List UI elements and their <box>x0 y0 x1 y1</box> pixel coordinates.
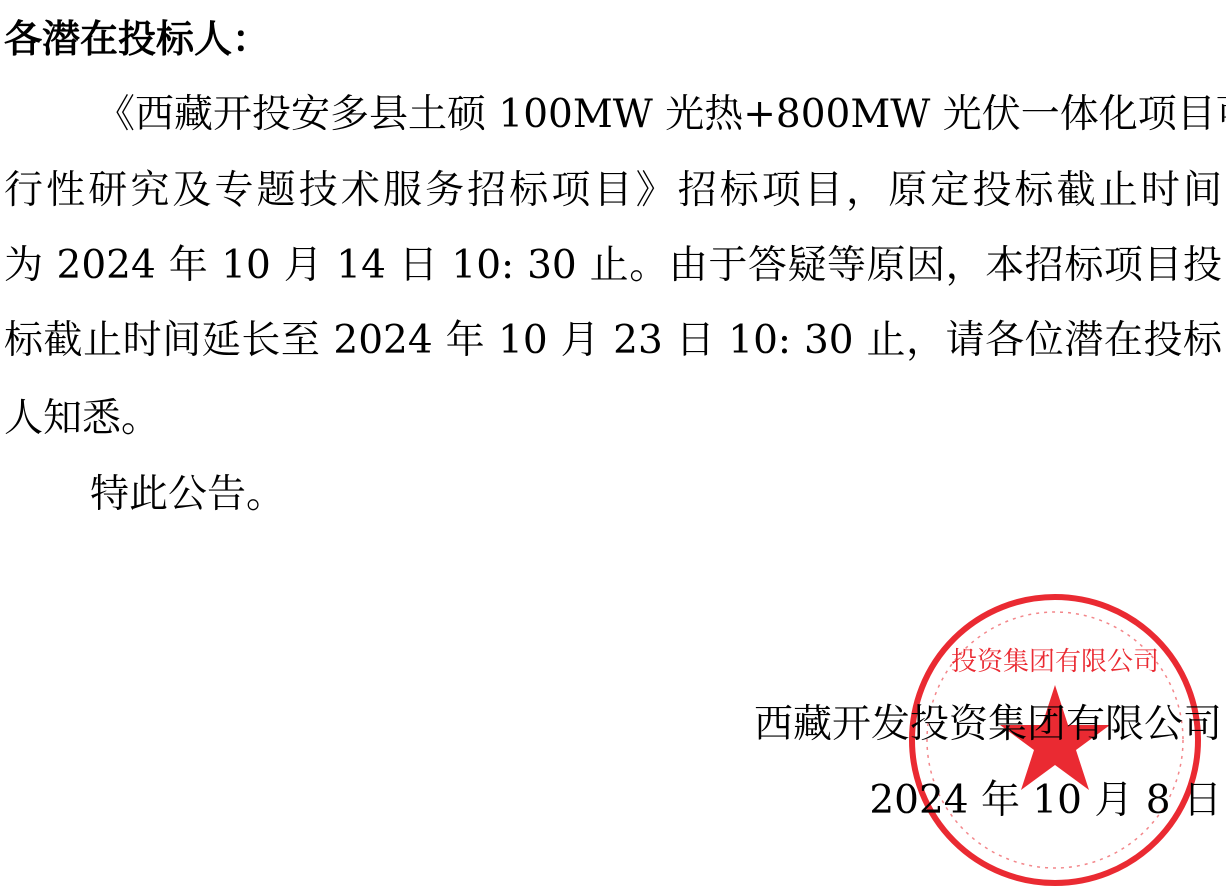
body-line-3: 为 2024 年 10 月 14 日 10: 30 止。由于答疑等原因，本招标项… <box>4 241 1222 291</box>
closing-text: 特此公告。 <box>90 470 285 520</box>
body-line-2: 行性研究及专题技术服务招标项目》招标项目，原定投标截止时间 <box>4 166 1222 216</box>
svg-text:投资集团有限公司: 投资集团有限公司 <box>951 647 1159 677</box>
body-line-4: 标截止时间延长至 2024 年 10 月 23 日 10: 30 止，请各位潜在… <box>4 316 1222 366</box>
greeting: 各潜在投标人： <box>4 14 270 64</box>
body-line-1: 《西藏开投安多县土硕 100MW 光热+800MW 光伏一体化项目可 <box>96 90 1222 140</box>
signature-company: 西藏开发投资集团有限公司 <box>754 700 1222 750</box>
signature-date: 2024 年 10 月 8 日 <box>869 776 1222 826</box>
body-line-5: 人知悉。 <box>4 394 160 444</box>
